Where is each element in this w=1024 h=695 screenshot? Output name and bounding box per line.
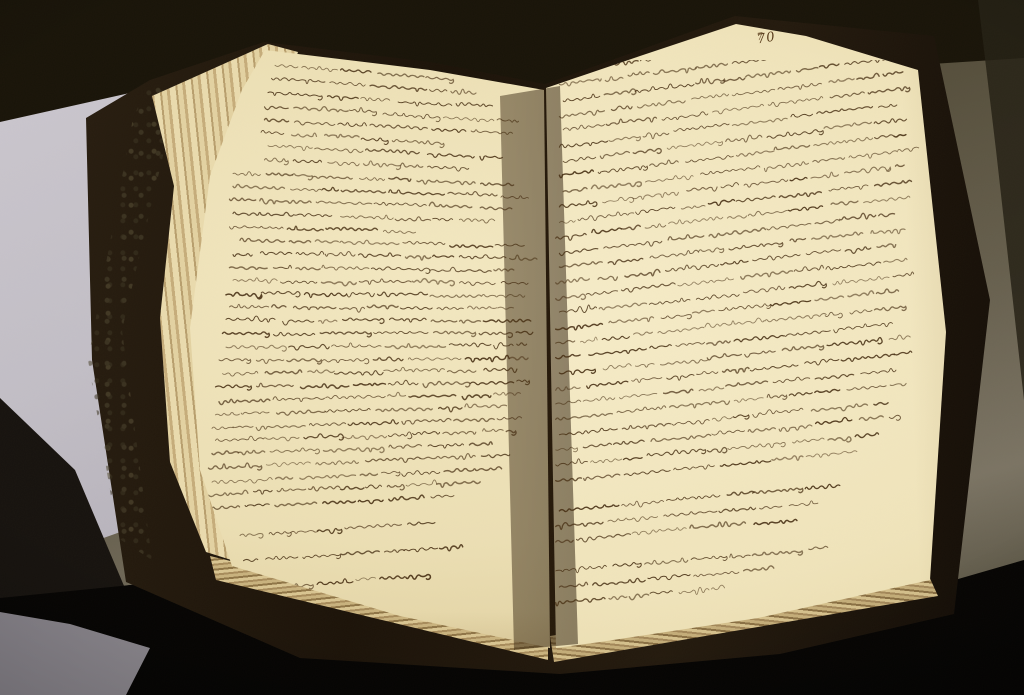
- folio-number: 70: [756, 31, 776, 47]
- handwriting-right: [552, 60, 924, 620]
- manuscript-photo-scene: 7 70: [0, 0, 1024, 695]
- handwriting-left: [198, 56, 548, 601]
